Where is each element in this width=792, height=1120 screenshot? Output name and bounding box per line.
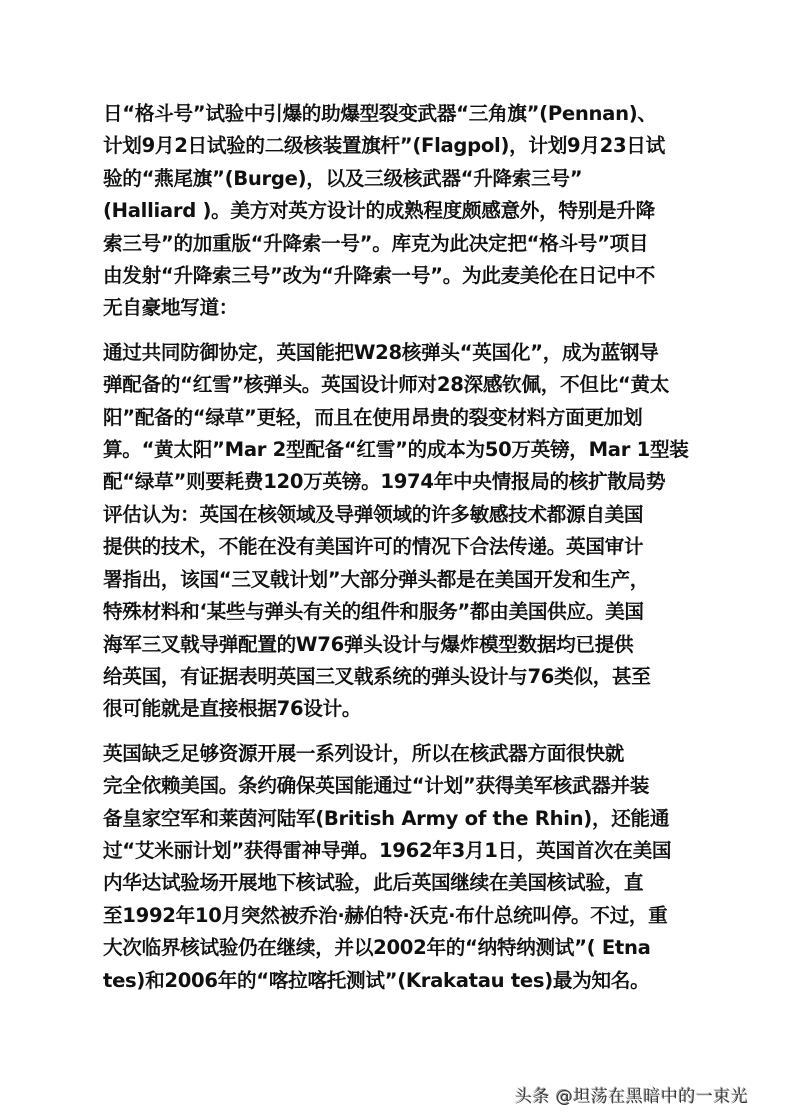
text-line: 弹配备的“红雪”核弹头。英国设计师对28深感钦佩，不但比“黄太 (103, 369, 693, 401)
text-line: 完全依赖美国。条约确保英国能通过“计划”获得美军核武器并装 (103, 770, 693, 802)
text-line: 英国缺乏足够资源开展一系列设计，所以在核武器方面很快就 (103, 738, 693, 770)
text-line: 提供的技术，不能在没有美国许可的情况下合法传递。英国审计 (103, 531, 693, 563)
watermark: 头条 @坦荡在黑暗中的一束光 (515, 1082, 748, 1107)
text-line: 大次临界核试验仍在继续，并以2002年的“纳特纳测试”( Etna (103, 932, 693, 964)
text-line: 过“艾米丽计划”获得雷神导弹。1962年3月1日，英国首次在美国 (103, 835, 693, 867)
text-line: 评估认为：英国在核领域及导弹领域的许多敏感技术都源自美国 (103, 499, 693, 531)
paragraph-1: 日“格斗号”试验中引爆的助爆型裂变武器“三角旗”(Pennan)、 计划9月2日… (103, 98, 693, 325)
text-line: 很可能就是直接根据76设计。 (103, 693, 693, 725)
text-line: 无自豪地写道： (103, 292, 693, 324)
paragraph-2: 通过共同防御协定，英国能把W28核弹头“英国化”，成为蓝钢导 弹配备的“红雪”核… (103, 337, 693, 726)
text-line: 备皇家空军和莱茵河陆军(British Army of the Rhin)，还能… (103, 803, 693, 835)
text-line: 由发射“升降索三号”改为“升降索一号”。为此麦美伦在日记中不 (103, 260, 693, 292)
text-line: (Halliard )。美方对英方设计的成熟程度颇感意外，特别是升降 (103, 195, 693, 227)
text-line: 索三号”的加重版“升降索一号”。库克为此决定把“格斗号”项目 (103, 228, 693, 260)
text-line: 特殊材料和‘某些与弹头有关的组件和服务”都由美国供应。美国 (103, 596, 693, 628)
text-line: tes)和2006年的“喀拉喀托测试”(Krakatau tes)最为知名。 (103, 965, 693, 997)
text-line: 海军三叉戟导弹配置的W76弹头设计与爆炸模型数据均已提供 (103, 629, 693, 661)
text-line: 内华达试验场开展地下核试验，此后英国继续在美国核试验，直 (103, 867, 693, 899)
text-line: 阳”配备的“绿草”更轻，而且在使用昂贵的裂变材料方面更加划 (103, 402, 693, 434)
text-line: 署指出，该国“三叉戟计划”大部分弹头都是在美国开发和生产， (103, 564, 693, 596)
text-line: 计划9月2日试验的二级核装置旗杆”(Flagpol)，计划9月23日试 (103, 130, 693, 162)
paragraph-3: 英国缺乏足够资源开展一系列设计，所以在核武器方面很快就 完全依赖美国。条约确保英… (103, 738, 693, 997)
text-line: 算。“黄太阳”Mar 2型配备“红雪”的成本为50万英镑，Mar 1型装 (103, 434, 693, 466)
text-line: 验的“燕尾旗”(Burge)，以及三级核武器“升降索三号” (103, 163, 693, 195)
text-line: 配“绿草”则要耗费120万英镑。1974年中央情报局的核扩散局势 (103, 466, 693, 498)
document-page: 日“格斗号”试验中引爆的助爆型裂变武器“三角旗”(Pennan)、 计划9月2日… (103, 98, 693, 997)
text-line: 通过共同防御协定，英国能把W28核弹头“英国化”，成为蓝钢导 (103, 337, 693, 369)
text-line: 给英国，有证据表明英国三叉戟系统的弹头设计与76类似，甚至 (103, 661, 693, 693)
text-line: 至1992年10月突然被乔治·赫伯特·沃克·布什总统叫停。不过，重 (103, 900, 693, 932)
text-line: 日“格斗号”试验中引爆的助爆型裂变武器“三角旗”(Pennan)、 (103, 98, 693, 130)
